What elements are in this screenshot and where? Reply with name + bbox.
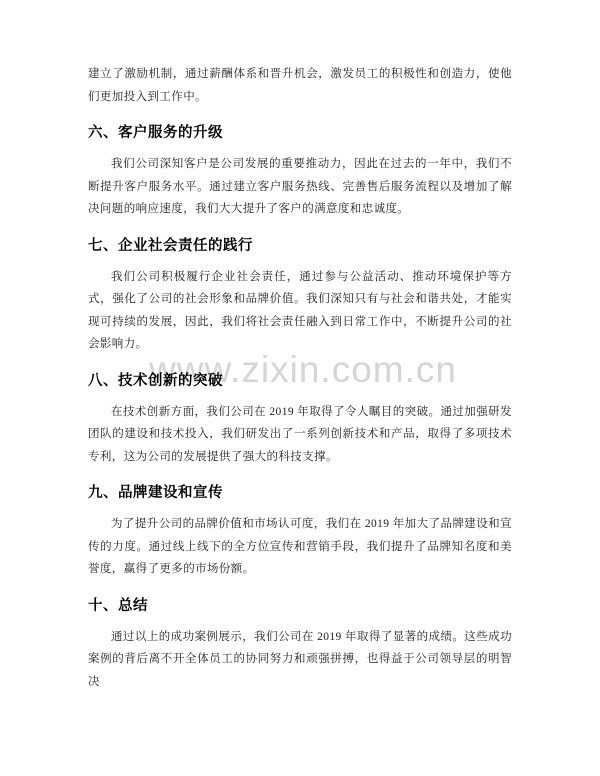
section-heading-6: 六、客户服务的升级 (88, 123, 512, 143)
section-heading-7: 七、企业社会责任的践行 (88, 236, 512, 256)
section-heading-8: 八、技术创新的突破 (88, 371, 512, 391)
section-heading-10: 十、总结 (88, 596, 512, 616)
paragraph-section-8: 在技术创新方面，我们公司在 2019 年取得了令人瞩目的突破。通过加强研发团队的… (88, 401, 512, 469)
document-page: www.zixin.com.cn 建立了激励机制，通过薪酬体系和晋升机会，激发员… (0, 0, 600, 776)
document-content: 建立了激励机制，通过薪酬体系和晋升机会，激发员工的积极性和创造力，使他们更加投入… (88, 63, 512, 693)
paragraph-continuation: 建立了激励机制，通过薪酬体系和晋升机会，激发员工的积极性和创造力，使他们更加投入… (88, 63, 512, 108)
section-heading-9: 九、品牌建设和宣传 (88, 483, 512, 503)
paragraph-section-9: 为了提升公司的品牌价值和市场认可度，我们在 2019 年加大了品牌建设和宣传的力… (88, 513, 512, 581)
paragraph-section-6: 我们公司深知客户是公司发展的重要推动力，因此在过去的一年中，我们不断提升客户服务… (88, 153, 512, 221)
paragraph-section-7: 我们公司积极履行企业社会责任，通过参与公益活动、推动环境保护等方式，强化了公司的… (88, 266, 512, 356)
paragraph-section-10: 通过以上的成功案例展示，我们公司在 2019 年取得了显著的成绩。这些成功案例的… (88, 626, 512, 694)
